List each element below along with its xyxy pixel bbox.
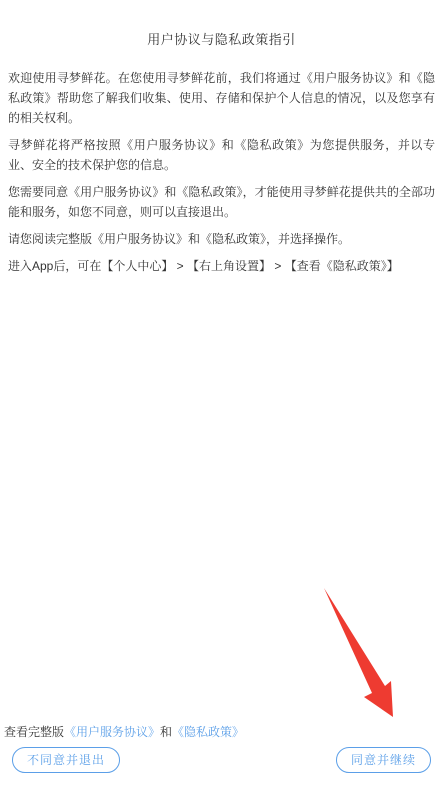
dialog-button-row: 不同意并退出 同意并继续 xyxy=(0,747,443,773)
body-paragraph-read-full: 请您阅读完整版《用户服务协议》和《隐私政策》，并选择操作。 xyxy=(8,229,435,249)
agree-continue-button[interactable]: 同意并继续 xyxy=(336,747,431,773)
user-agreement-link[interactable]: 《用户服务协议》 xyxy=(64,725,160,739)
body-paragraph-service: 寻梦鲜花将严格按照《用户服务协议》和《隐私政策》为您提供服务，并以专业、安全的技… xyxy=(8,135,435,175)
dialog-title: 用户协议与隐私政策指引 xyxy=(0,0,443,48)
disagree-exit-button[interactable]: 不同意并退出 xyxy=(12,747,120,773)
privacy-policy-dialog: 用户协议与隐私政策指引 欢迎使用寻梦鲜花。在您使用寻梦鲜花前，我们将通过《用户服… xyxy=(0,0,443,789)
dialog-body: 欢迎使用寻梦鲜花。在您使用寻梦鲜花前，我们将通过《用户服务协议》和《隐私政策》帮… xyxy=(0,48,443,276)
body-paragraph-welcome: 欢迎使用寻梦鲜花。在您使用寻梦鲜花前，我们将通过《用户服务协议》和《隐私政策》帮… xyxy=(8,68,435,128)
body-paragraph-consent: 您需要同意《用户服务协议》和《隐私政策》，才能使用寻梦鲜花提供共的全部功能和服务… xyxy=(8,182,435,222)
privacy-policy-link[interactable]: 《隐私政策》 xyxy=(172,725,244,739)
conjunction-label: 和 xyxy=(160,725,172,739)
view-full-prefix-label: 查看完整版 xyxy=(4,725,64,739)
annotation-arrow-shape xyxy=(324,588,393,717)
dialog-footer: 查看完整版《用户服务协议》和《隐私政策》 不同意并退出 同意并继续 xyxy=(0,724,443,789)
full-version-link-row: 查看完整版《用户服务协议》和《隐私政策》 xyxy=(0,724,443,740)
body-paragraph-app-path: 进入App后，可在【个人中心】 > 【右上角设置】 > 【查看《隐私政策》】 xyxy=(8,256,435,276)
